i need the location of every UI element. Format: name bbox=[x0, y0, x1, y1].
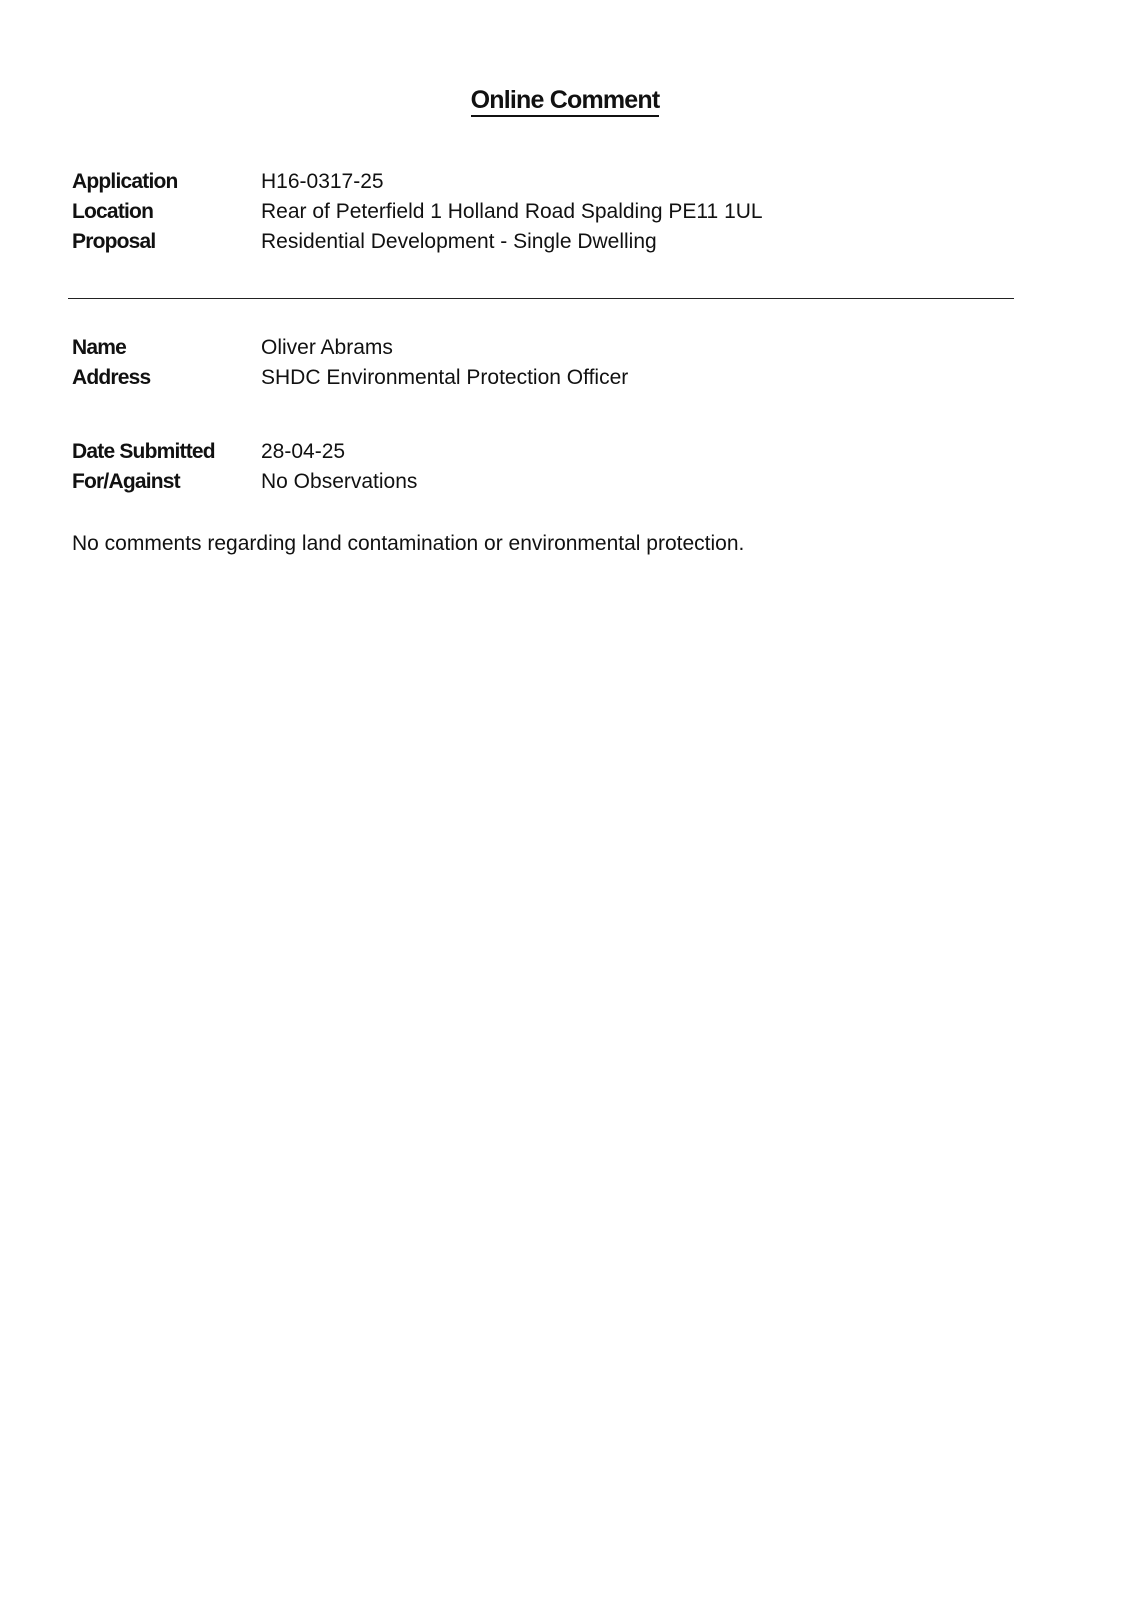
field-value: SHDC Environmental Protection Officer bbox=[261, 363, 628, 393]
field-value: Oliver Abrams bbox=[261, 333, 393, 363]
field-label: For/Against bbox=[72, 467, 180, 497]
field-value: No Observations bbox=[261, 467, 417, 497]
field-label: Date Submitted bbox=[72, 437, 215, 467]
field-label: Name bbox=[72, 333, 126, 363]
field-label: Location bbox=[72, 197, 153, 227]
title-text: Online Comment bbox=[471, 86, 660, 117]
field-label: Application bbox=[72, 167, 178, 197]
field-label: Proposal bbox=[72, 227, 155, 257]
field-label: Address bbox=[72, 363, 150, 393]
field-value: 28-04-25 bbox=[261, 437, 345, 467]
document-title: Online Comment bbox=[0, 86, 1130, 115]
comment-text: No comments regarding land contamination… bbox=[72, 529, 744, 559]
field-value: Residential Development - Single Dwellin… bbox=[261, 227, 657, 257]
field-value: Rear of Peterfield 1 Holland Road Spaldi… bbox=[261, 197, 763, 227]
field-value: H16-0317-25 bbox=[261, 167, 384, 197]
section-divider bbox=[68, 298, 1014, 299]
